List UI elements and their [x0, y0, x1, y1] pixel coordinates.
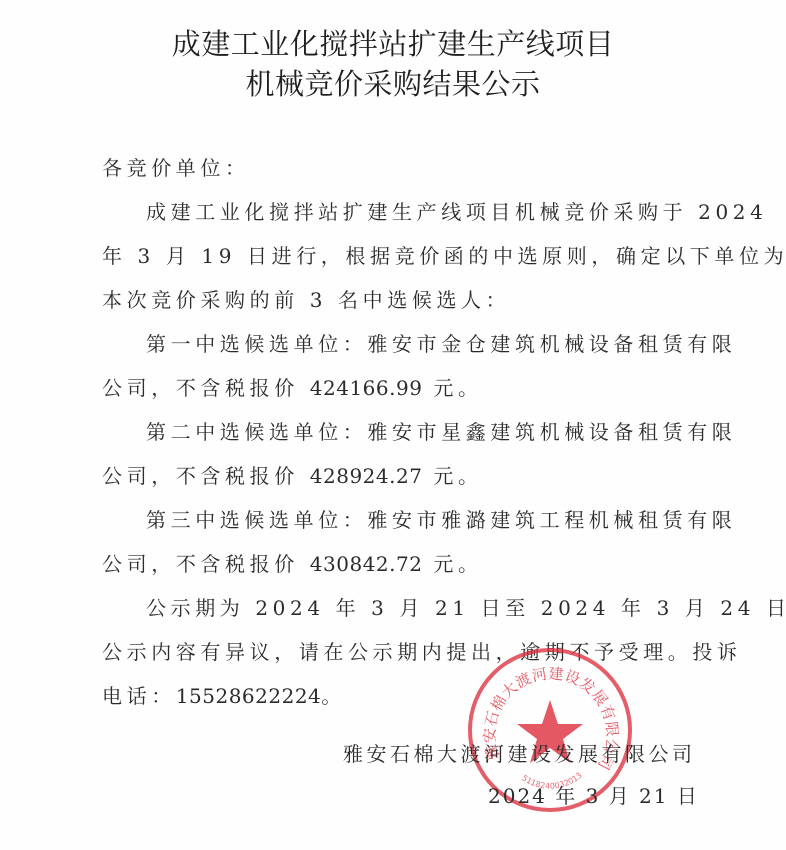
candidate-2-price: 428924.27	[310, 464, 423, 488]
candidate-2-line-1: 第二中选候选单位：雅安市星鑫建筑机械设备租赁有限	[146, 416, 736, 445]
candidate-3-price: 430842.72	[310, 552, 423, 576]
candidate-1-line-2: 公司，不含税报价 424166.99 元。	[102, 372, 483, 401]
candidate-3-unit: 元。	[433, 552, 482, 576]
candidate-2-line-2: 公司，不含税报价 428924.27 元。	[102, 460, 483, 489]
candidate-1-company: 雅安市金仓建筑机械设备租赁有限	[367, 332, 736, 356]
intro-line-2: 年 3 月 19 日进行，根据竞价函的中选原则，确定以下单位为	[102, 240, 786, 269]
candidate-2-rank: 第二中选候选单位：	[146, 420, 367, 444]
document-page: 成建工业化搅拌站扩建生产线项目 机械竞价采购结果公示 各竞价单位： 成建工业化搅…	[0, 0, 786, 850]
candidate-3-price-label: 不含税报价	[176, 552, 299, 576]
candidate-3-line-1: 第三中选候选单位：雅安市雅潞建筑工程机械租赁有限	[146, 504, 736, 533]
candidate-1-price-label: 不含税报价	[176, 376, 299, 400]
candidate-3-rank: 第三中选候选单位：	[146, 508, 367, 532]
candidate-2-company: 雅安市星鑫建筑机械设备租赁有限	[367, 420, 736, 444]
candidate-3-line-2: 公司，不含税报价 430842.72 元。	[102, 548, 483, 577]
phone-end: 。	[321, 684, 346, 708]
issue-date: 2024 年 3 月 21 日	[488, 780, 699, 809]
candidate-1-rank: 第一中选候选单位：	[146, 332, 367, 356]
intro-line-1: 成建工业化搅拌站扩建生产线项目机械竞价采购于 2024	[146, 196, 767, 225]
document-title-line-1: 成建工业化搅拌站扩建生产线项目	[0, 22, 786, 63]
issuer-name: 雅安石棉大渡河建设发展有限公司	[343, 738, 696, 767]
candidate-3-company-suffix: 公司，	[102, 552, 176, 576]
candidate-1-company-suffix: 公司，	[102, 376, 176, 400]
candidate-1-line-1: 第一中选候选单位：雅安市金仓建筑机械设备租赁有限	[146, 328, 736, 357]
candidate-2-company-suffix: 公司，	[102, 464, 176, 488]
candidate-1-unit: 元。	[433, 376, 482, 400]
candidate-3-company: 雅安市雅潞建筑工程机械租赁有限	[367, 508, 736, 532]
candidate-1-price: 424166.99	[310, 376, 423, 400]
candidate-2-price-label: 不含税报价	[176, 464, 299, 488]
notice-line-1: 公示期为 2024 年 3 月 21 日至 2024 年 3 月 24 日，如对	[146, 592, 786, 621]
intro-line-3: 本次竞价采购的前 3 名中选候选人：	[102, 284, 510, 313]
notice-line-2: 公示内容有异议，请在公示期内提出，逾期不予受理。投诉	[102, 636, 742, 665]
notice-line-3: 电话：15528622224。	[102, 680, 346, 709]
document-title-line-2: 机械竞价采购结果公示	[0, 62, 786, 103]
salutation: 各竞价单位：	[102, 152, 250, 181]
phone-number: 15528622224	[176, 684, 321, 708]
phone-label: 电话：	[102, 684, 176, 708]
candidate-2-unit: 元。	[433, 464, 482, 488]
